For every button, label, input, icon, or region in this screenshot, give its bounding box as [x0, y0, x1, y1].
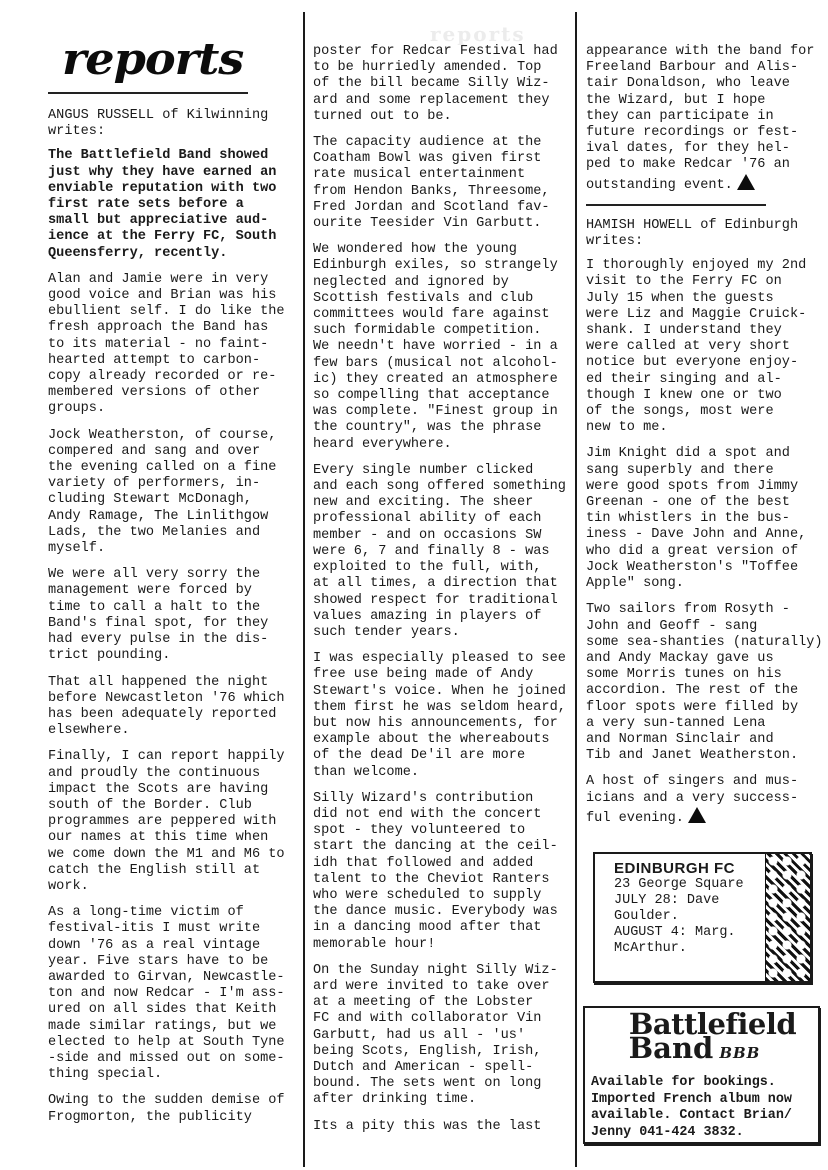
byline-hamish-howell: HAMISH HOWELL of Edinburgh writes: — [586, 218, 824, 250]
right-column: appearance with the band for Freeland Ba… — [586, 44, 824, 837]
article-paragraph: We were all very sorry the management we… — [48, 567, 296, 664]
article-paragraph: That all happened the night before Newca… — [48, 675, 296, 740]
article-paragraph: Silly Wizard's contribution did not end … — [313, 791, 575, 953]
article-paragraph: poster for Redcar Festival had to be hur… — [313, 44, 575, 125]
ghost-show-through-text: reports — [430, 22, 526, 46]
article-paragraph: We wondered how the young Edinburgh exil… — [313, 242, 575, 453]
column-divider-right — [575, 12, 577, 1167]
title-underline — [48, 92, 248, 94]
article-separator — [586, 204, 766, 206]
article-paragraph: The capacity audience at the Coatham Bow… — [313, 135, 575, 232]
article-paragraph: I thoroughly enjoyed my 2nd visit to the… — [586, 258, 824, 436]
article-paragraph: Its a pity this was the last — [313, 1119, 575, 1135]
newsletter-page: reports reports ANGUS RUSSELL of Kilwinn… — [0, 0, 828, 1170]
article-paragraph: Two sailors from Rosyth - John and Geoff… — [586, 602, 824, 764]
article-paragraph: On the Sunday night Silly Wiz- ard were … — [313, 963, 575, 1109]
triangle-end-mark-icon — [688, 807, 706, 823]
battlefield-band-logo: Battlefield BandBBB — [585, 1012, 818, 1065]
middle-column: poster for Redcar Festival had to be hur… — [313, 44, 575, 1145]
article-paragraph: appearance with the band for Freeland Ba… — [586, 44, 824, 194]
article-paragraph: Every single number clicked and each son… — [313, 463, 575, 641]
bbb-mark-icon: BBB — [719, 1044, 760, 1062]
article-paragraph: The Battlefield Band showed just why the… — [48, 148, 296, 261]
byline-angus-russell: ANGUS RUSSELL of Kilwinning writes: — [48, 108, 296, 140]
logo-line-2: Band — [629, 1036, 714, 1060]
article-paragraph: Finally, I can report happily and proudl… — [48, 749, 296, 895]
article-paragraph: Jim Knight did a spot and sang superbly … — [586, 446, 824, 592]
article-paragraph: I was especially pleased to see free use… — [313, 651, 575, 781]
column-divider-left — [303, 12, 305, 1167]
advert-text: Available for bookings. Imported French … — [591, 1075, 818, 1141]
section-title: reports — [62, 38, 308, 82]
triangle-end-mark-icon — [737, 174, 755, 190]
article-paragraph: Owing to the sudden demise of Frogmorton… — [48, 1093, 296, 1125]
battlefield-band-advert: Battlefield BandBBB Available for bookin… — [583, 1006, 820, 1144]
article-paragraph: Jock Weatherston, of course, compered an… — [48, 428, 296, 558]
edinburgh-fc-advert: EDINBURGH FC 23 George Square JULY 28: D… — [593, 852, 812, 983]
article-paragraph: A host of singers and mus- icians and a … — [586, 774, 824, 827]
paragraph-text: appearance with the band for Freeland Ba… — [586, 44, 814, 193]
article-paragraph: As a long-time victim of festival-itis I… — [48, 905, 296, 1083]
article-paragraph: Alan and Jamie were in very good voice a… — [48, 272, 296, 418]
left-column: reports ANGUS RUSSELL of Kilwinning writ… — [48, 36, 296, 1136]
decorative-pattern-icon — [765, 854, 810, 981]
